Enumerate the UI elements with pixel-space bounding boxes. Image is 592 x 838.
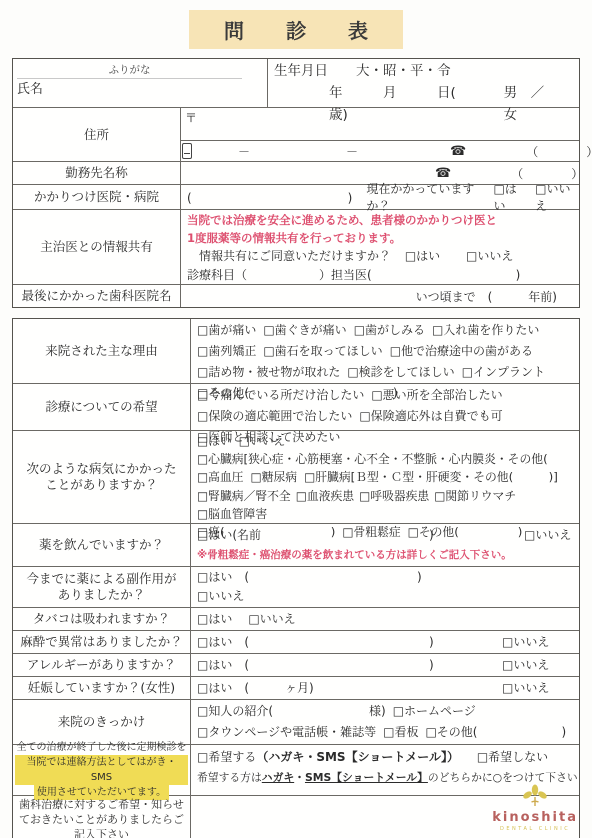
allergy-row: アレルギーがありますか？ □はい ( )□いいえ xyxy=(13,654,579,677)
checkbox-option[interactable]: □腎臓病／腎不全 xyxy=(197,487,291,505)
treatment-preference-options: □今痛んでいる所だけ治したい□悪い所を全部治したい□保険の適応範囲で治したい□保… xyxy=(191,384,579,430)
visit-trigger-label: 来院のきっかけ xyxy=(13,700,191,744)
checkbox-option[interactable]: □入れ歯を作りたい xyxy=(432,320,539,341)
address-label: 住所 xyxy=(13,108,181,161)
family-doctor-cell: ( ) 現在かかっていますか？ □はい □いいえ xyxy=(181,185,579,209)
checkup-label: 全ての治療が終了した後に定期検診を xyxy=(17,740,187,755)
info-share-note-1: 当院では治療を安全に進めるため、患者様のかかりつけ医と xyxy=(187,211,575,229)
checkbox-option[interactable]: □今痛んでいる所だけ治したい xyxy=(197,385,364,406)
family-doctor-row: かかりつけ医院・病院 ( ) 現在かかっていますか？ □はい □いいえ xyxy=(13,185,579,210)
checkup-separator: ・ xyxy=(294,771,305,784)
info-share-note-2: 1度服薬等の情報共有を行っております。 xyxy=(187,229,575,247)
checkbox-option[interactable]: □歯列矯正 xyxy=(197,341,256,362)
disease-kidney-line: □腎臓病／腎不全□血液疾患□呼吸器疾患□関節リウマチ□脳血管障害 xyxy=(197,487,575,523)
visit-reason-options: □歯が痛い□歯ぐきが痛い□歯がしみる□入れ歯を作りたい□歯列矯正□歯石を取ってほ… xyxy=(191,319,579,383)
family-doctor-blank[interactable]: ( ) xyxy=(187,189,352,206)
checkbox-option[interactable]: □いいえ xyxy=(248,609,295,630)
clinic-logo: kinoshita DENTAL CLINIC xyxy=(492,784,578,832)
checkbox-option[interactable]: □肝臓病[Ｂ型・Ｃ型・肝硬変・その他( )] xyxy=(304,468,558,486)
visit-trigger-line1: □知人の紹介( 様)□ホームページ xyxy=(197,701,575,722)
clinic-subtitle: DENTAL CLINIC xyxy=(500,827,570,832)
visit-trigger-row: 来院のきっかけ □知人の紹介( 様)□ホームページ □タウンページや電話帳・雑誌… xyxy=(13,700,579,745)
checkbox-option[interactable]: □いいえ xyxy=(502,632,549,653)
side-effect-label: 今までに薬による副作用が ありましたか？ xyxy=(13,567,191,607)
pregnancy-label: 妊娠していますか？(女性) xyxy=(13,677,191,699)
last-dental-label: 最後にかかった歯科医院名 xyxy=(13,285,181,307)
disease-bp-line: □高血圧□糖尿病□肝臓病[Ｂ型・Ｃ型・肝硬変・その他( )] xyxy=(197,468,575,486)
checkup-postcard-option[interactable]: ハガキ xyxy=(262,771,294,784)
visit-trigger-line2: □タウンページや電話帳・雑誌等□看板□その他( ) xyxy=(197,722,575,743)
name-birth-row: ふりがな 氏名 生年月日 大・昭・平・令 年 月 日( 歳) 男 ／ 女 xyxy=(13,59,579,108)
medication-note: ※骨粗鬆症・癌治療の薬を飲まれている方は詳しくご記入下さい。 xyxy=(197,546,575,564)
era-options[interactable]: 大・昭・平・令 xyxy=(356,60,451,82)
checkbox-option[interactable]: □保険の適応範囲で治したい xyxy=(197,406,352,427)
medication-label: 薬を飲んでいますか？ xyxy=(13,524,191,566)
pregnancy-options: □はい ( ヶ月)□いいえ xyxy=(191,677,579,699)
checkbox-option[interactable]: □その他( ) xyxy=(425,722,566,743)
allergy-label: アレルギーがありますか？ xyxy=(13,654,191,676)
last-dental-row: 最後にかかった歯科医院名 いつ頃まで ( 年前) xyxy=(13,285,579,307)
address-input-area[interactable]: 〒 xyxy=(181,108,579,141)
treatment-preference-row: 診療についての希望 □今痛んでいる所だけ治したい□悪い所を全部治したい□保険の適… xyxy=(13,384,579,431)
visit-reason-label: 来院された主な理由 xyxy=(13,319,191,383)
checkbox-option[interactable]: □歯が痛い xyxy=(197,320,256,341)
checkbox-option[interactable]: □ホームページ xyxy=(393,701,476,722)
disease-history-label: 次のような病気にかかった ことがありますか？ xyxy=(13,431,191,523)
disease-yes-no: □はい□いいえ xyxy=(197,432,575,450)
consent-question: 情報共有にご同意いただけますか？ xyxy=(199,249,391,263)
checkup-sms-option[interactable]: SMS【ショートメール】 xyxy=(305,771,428,784)
checkbox-option[interactable]: □いいえ xyxy=(466,249,513,263)
checkbox-option[interactable]: □糖尿病 xyxy=(251,468,298,486)
allergy-options: □はい ( )□いいえ xyxy=(191,654,579,676)
checkbox-option[interactable]: □高血圧 xyxy=(197,468,244,486)
checkbox-option[interactable]: □希望しない xyxy=(477,750,548,764)
checkbox-option[interactable]: □心臓病[狭心症・心筋梗塞・心不全・不整脈・心内膜炎・その他( )] xyxy=(197,450,592,468)
phone-line[interactable]: － － ☎ （ ） xyxy=(181,141,579,161)
checkbox-option[interactable]: □はい ( ) xyxy=(197,655,495,676)
mobile-phone-icon xyxy=(182,143,192,159)
checkbox-option[interactable]: □看板 xyxy=(383,722,418,743)
checkbox-option[interactable]: □いいえ xyxy=(502,655,549,676)
visit-trigger-cell: □知人の紹介( 様)□ホームページ □タウンページや電話帳・雑誌等□看板□その他… xyxy=(191,700,579,744)
telephone-icon: ☎ xyxy=(450,144,466,159)
checkbox-option[interactable]: □知人の紹介( 様) xyxy=(197,701,386,722)
postal-mark: 〒 xyxy=(185,111,197,125)
clinic-name: kinoshita xyxy=(492,811,578,824)
checkbox-option[interactable]: □脳血管障害 xyxy=(197,505,267,523)
questionnaire-page: 問 診 表 ふりがな 氏名 生年月日 大・昭・平・令 年 月 日( 歳) 男 ／… xyxy=(0,0,592,838)
medication-cell: □はい(名前 )□いいえ ※骨粗鬆症・癌治療の薬を飲まれている方は詳しくご記入下… xyxy=(191,524,579,566)
checkbox-option[interactable]: □保険適応外は自費でも可 xyxy=(359,406,502,427)
checkbox-option[interactable]: □歯ぐきが痛い xyxy=(263,320,346,341)
side-effect-yes: □はい ( ) xyxy=(197,568,575,587)
checkup-instruction-prefix: 希望する方は xyxy=(197,771,262,784)
pregnancy-row: 妊娠していますか？(女性) □はい ( ヶ月)□いいえ xyxy=(13,677,579,700)
medication-options: □はい(名前 )□いいえ xyxy=(197,525,575,546)
last-dental-until-blank[interactable]: いつ頃まで ( 年前) xyxy=(416,288,557,305)
workplace-label: 勤務先名称 xyxy=(13,162,181,184)
family-doctor-label: かかりつけ医院・病院 xyxy=(13,185,181,209)
anesthesia-label: 麻酔で異常はありましたか？ xyxy=(13,631,191,653)
checkbox-option[interactable]: □はい(名前 ) xyxy=(197,525,517,546)
checkbox-option[interactable]: □悪い所を全部治したい xyxy=(371,385,502,406)
checkbox-option[interactable]: □呼吸器疾患 xyxy=(359,487,429,505)
name-label[interactable]: 氏名 xyxy=(17,82,43,98)
birth-cell[interactable]: 生年月日 大・昭・平・令 年 月 日( 歳) 男 ／ 女 xyxy=(268,59,579,107)
last-dental-input-area[interactable]: いつ頃まで ( 年前) xyxy=(181,285,579,307)
checkbox-option[interactable]: □検診をしてほしい xyxy=(347,362,454,383)
tobacco-row: タバコは吸われますか？ □はい□いいえ xyxy=(13,608,579,631)
info-share-cell: 当院では治療を安全に進めるため、患者様のかかりつけ医と 1度服薬等の情報共有を行… xyxy=(181,210,579,284)
checkbox-option[interactable]: □はい ( ) xyxy=(197,568,422,587)
checkbox-option[interactable]: □タウンページや電話帳・雑誌等 xyxy=(197,722,376,743)
checkbox-option[interactable]: □はい xyxy=(405,249,440,263)
furigana-label[interactable]: ふりがな xyxy=(17,62,242,79)
checkbox-option[interactable]: □はい xyxy=(493,180,523,214)
checkbox-option[interactable]: □いいえ xyxy=(239,432,286,450)
checkup-instruction-suffix: のどちらかに○をつけて下さい xyxy=(428,771,578,784)
checkbox-option[interactable]: □はい ( ヶ月) xyxy=(197,678,495,699)
telephone-icon: ☎ xyxy=(435,166,451,181)
checkbox-option[interactable]: □他で治療途中の歯がある xyxy=(390,341,533,362)
medication-row: 薬を飲んでいますか？ □はい(名前 )□いいえ ※骨粗鬆症・癌治療の薬を飲まれて… xyxy=(13,524,579,567)
side-effect-cell: □はい ( ) □いいえ xyxy=(191,567,579,607)
name-cell[interactable]: ふりがな 氏名 xyxy=(13,59,268,107)
disease-history-cell: □はい□いいえ □心臓病[狭心症・心筋梗塞・心不全・不整脈・心内膜炎・その他( … xyxy=(191,431,579,523)
work-tel-blank[interactable]: （ ） xyxy=(511,165,583,182)
tobacco-options: □はい□いいえ xyxy=(191,608,579,630)
checkbox-option[interactable]: □いいえ xyxy=(535,180,575,214)
checkbox-option[interactable]: □いいえ xyxy=(502,678,549,699)
checkbox-option[interactable]: □いいえ xyxy=(197,587,244,606)
side-effect-label-line2: ありましたか？ xyxy=(58,587,146,603)
disease-history-label-line2: ことがありますか？ xyxy=(45,477,158,493)
leaf-icon xyxy=(518,784,552,810)
checkbox-option[interactable]: □血液疾患 xyxy=(296,487,354,505)
checkup-highlight-line1: 当院では連絡方法としてはがき・SMS xyxy=(15,755,188,785)
info-share-label: 主治医との情報共有 xyxy=(13,210,181,284)
visit-reason-row: 来院された主な理由 □歯が痛い□歯ぐきが痛い□歯がしみる□入れ歯を作りたい□歯列… xyxy=(13,319,579,384)
checkbox-option[interactable]: □関節リウマチ xyxy=(434,487,516,505)
dept-doctor-blanks[interactable]: 診療科目（ ）担当医( ) xyxy=(187,266,575,285)
birth-label: 生年月日 xyxy=(274,60,328,82)
checkbox-option[interactable]: □はい xyxy=(197,609,232,630)
tel-number-blank[interactable]: （ ） xyxy=(526,143,592,160)
disease-heart-line: □心臓病[狭心症・心筋梗塞・心不全・不整脈・心内膜炎・その他( )] xyxy=(197,450,575,468)
anesthesia-options: □はい ( )□いいえ xyxy=(191,631,579,653)
checkbox-option[interactable]: □詰め物・被せ物が取れた xyxy=(197,362,340,383)
info-share-row: 主治医との情報共有 当院では治療を安全に進めるため、患者様のかかりつけ医と 1度… xyxy=(13,210,579,285)
checkbox-option[interactable]: □はい xyxy=(197,432,232,450)
tobacco-label: タバコは吸われますか？ xyxy=(13,608,191,630)
family-doctor-question: 現在かかっていますか？ xyxy=(366,180,477,214)
checkbox-option[interactable]: □歯がしみる xyxy=(354,320,425,341)
side-effect-no: □いいえ xyxy=(197,587,575,606)
checkbox-option[interactable]: □いいえ xyxy=(524,525,571,546)
checkbox-option[interactable]: □インプラント xyxy=(462,362,545,383)
checkup-label-cell: 全ての治療が終了した後に定期検診を 当院では連絡方法としてはがき・SMS 使用さ… xyxy=(13,745,191,795)
checkbox-option[interactable]: □歯石を取ってほしい xyxy=(263,341,382,362)
phone-dash: － xyxy=(238,143,250,160)
phone-dash: － xyxy=(346,143,358,160)
checkup-wish-text: □希望する xyxy=(197,750,256,764)
anesthesia-row: 麻酔で異常はありましたか？ □はい ( )□いいえ xyxy=(13,631,579,654)
page-title: 問 診 表 xyxy=(189,10,403,49)
checkbox-option[interactable]: □はい ( ) xyxy=(197,632,495,653)
disease-history-label-line1: 次のような病気にかかった xyxy=(26,461,176,477)
checkbox-option[interactable]: □希望する（ハガキ・SMS【ショートメール】） xyxy=(197,750,459,764)
side-effect-label-line1: 今までに薬による副作用が xyxy=(26,571,176,587)
checkup-wish-methods: （ハガキ・SMS【ショートメール】） xyxy=(256,750,459,764)
personal-info-table: ふりがな 氏名 生年月日 大・昭・平・令 年 月 日( 歳) 男 ／ 女 住所 … xyxy=(12,58,580,308)
side-effect-row: 今までに薬による副作用が ありましたか？ □はい ( ) □いいえ xyxy=(13,567,579,608)
title-bar: 問 診 表 xyxy=(12,10,580,46)
treatment-preference-label: 診療についての希望 xyxy=(13,384,191,430)
disease-history-row: 次のような病気にかかった ことがありますか？ □はい□いいえ □心臓病[狭心症・… xyxy=(13,431,579,524)
questionnaire-table: 来院された主な理由 □歯が痛い□歯ぐきが痛い□歯がしみる□入れ歯を作りたい□歯列… xyxy=(12,318,580,838)
address-row: 住所 〒 － － ☎ （ ） xyxy=(13,108,579,162)
request-label: 歯科治療に対するご希望・知らせておきたいことがありましたらご記入下さい xyxy=(13,796,191,838)
